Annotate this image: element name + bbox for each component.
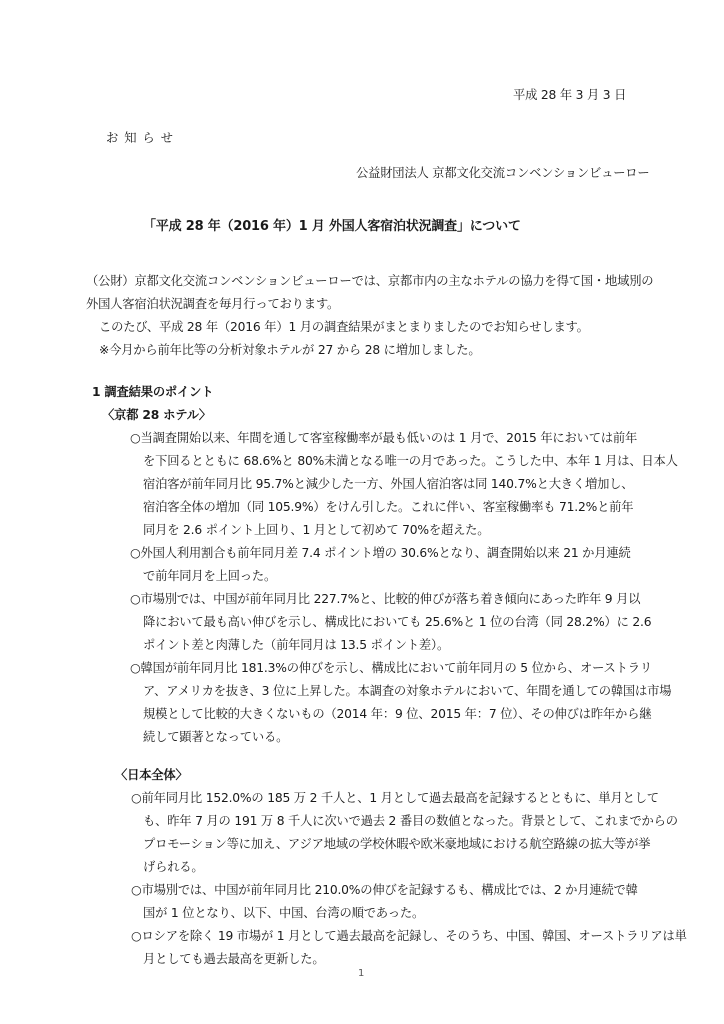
notice-label: お 知 ら せ bbox=[106, 130, 174, 146]
bullet-line: 宿泊客が前年同月比 95.7%と減少した一方、外国人宿泊客は同 140.7%と大… bbox=[143, 476, 633, 492]
bullet-line: ○外国人利用割合も前年同月差 7.4 ポイント増の 30.6%となり、調査開始以… bbox=[130, 545, 631, 561]
bullet-line: ポイント差と肉薄した（前年同月は 13.5 ポイント差）。 bbox=[143, 637, 449, 653]
bullet-line: プロモーション等に加え、アジア地域の学校休暇や欧米豪地域における航空路線の拡大等… bbox=[143, 836, 650, 852]
bullet-line: ア、アメリカを抜き、3 位に上昇した。本調査の対象ホテルにおいて、年間を通しての… bbox=[143, 683, 671, 699]
bullet-line: 続して顕著となっている。 bbox=[143, 729, 288, 745]
bullet-line: も、昨年 7 月の 191 万 8 千人に次いで過去 2 番目の数値となった。背… bbox=[143, 813, 678, 829]
page-number: 1 bbox=[358, 966, 364, 982]
intro-note: ※今月から前年比等の分析対象ホテルが 27 から 28 に増加しました。 bbox=[99, 342, 480, 358]
bullet-line: 降において最も高い伸びを示し、構成比においても 25.6%と 1 位の台湾（同 … bbox=[143, 614, 651, 630]
bullet-line: ○市場別では、中国が前年同月比 210.0%の伸びを記録するも、構成比では、2 … bbox=[131, 882, 638, 898]
bullet-line: 国が 1 位となり、以下、中国、台湾の順であった。 bbox=[143, 905, 424, 921]
bullet-line: ○前年同月比 152.0%の 185 万 2 千人と、1 月として過去最高を記録… bbox=[131, 790, 659, 806]
intro-line: 外国人客宿泊状況調査を毎月行っております。 bbox=[86, 296, 339, 312]
bullet-line: 月としても過去最高を更新した。 bbox=[143, 951, 324, 967]
bullet-line: を下回るとともに 68.6%と 80%未満となる唯一の月であった。こうした中、本… bbox=[143, 453, 678, 469]
bullet-line: ○ロシアを除く 19 市場が 1 月として過去最高を記録し、そのうち、中国、韓国… bbox=[131, 928, 687, 944]
subsection-heading-japan: 〈日本全体〉 bbox=[115, 767, 188, 783]
intro-line: このたび、平成 28 年（2016 年）1 月の調査結果がまとまりましたのでお知… bbox=[99, 319, 589, 335]
document-title: 「平成 28 年（2016 年）1 月 外国人客宿泊状況調査」について bbox=[143, 219, 521, 235]
organization-name: 公益財団法人 京都文化交流コンベンションビューロー bbox=[356, 165, 649, 181]
bullet-line: で前年同月を上回った。 bbox=[143, 568, 276, 584]
bullet-line: 宿泊客全体の増加（同 105.9%）をけん引した。これに伴い、客室稼働率も 71… bbox=[143, 499, 633, 515]
subsection-heading-kyoto: 〈京都 28 ホテル〉 bbox=[102, 407, 211, 423]
bullet-line: ○市場別では、中国が前年同月比 227.7%と、比較的伸びが落ち着き傾向にあった… bbox=[130, 591, 640, 607]
document-date: 平成 28 年 3 月 3 日 bbox=[513, 87, 626, 103]
bullet-line: ○韓国が前年同月比 181.3%の伸びを示し、構成比において前年同月の 5 位か… bbox=[130, 660, 652, 676]
bullet-line: 規模として比較的大きくないもの（2014 年：9 位、2015 年：7 位）、そ… bbox=[143, 706, 651, 722]
section-heading: 1 調査結果のポイント bbox=[92, 384, 213, 400]
intro-line: （公財）京都文化交流コンベンションビューローでは、京都市内の主なホテルの協力を得… bbox=[86, 273, 653, 289]
bullet-line: げられる。 bbox=[143, 859, 204, 875]
bullet-line: 同月を 2.6 ポイント上回り、1 月として初めて 70%を超えた。 bbox=[143, 522, 489, 538]
bullet-line: ○当調査開始以来、年間を通して客室稼働率が最も低いのは 1 月で、2015 年に… bbox=[130, 430, 637, 446]
